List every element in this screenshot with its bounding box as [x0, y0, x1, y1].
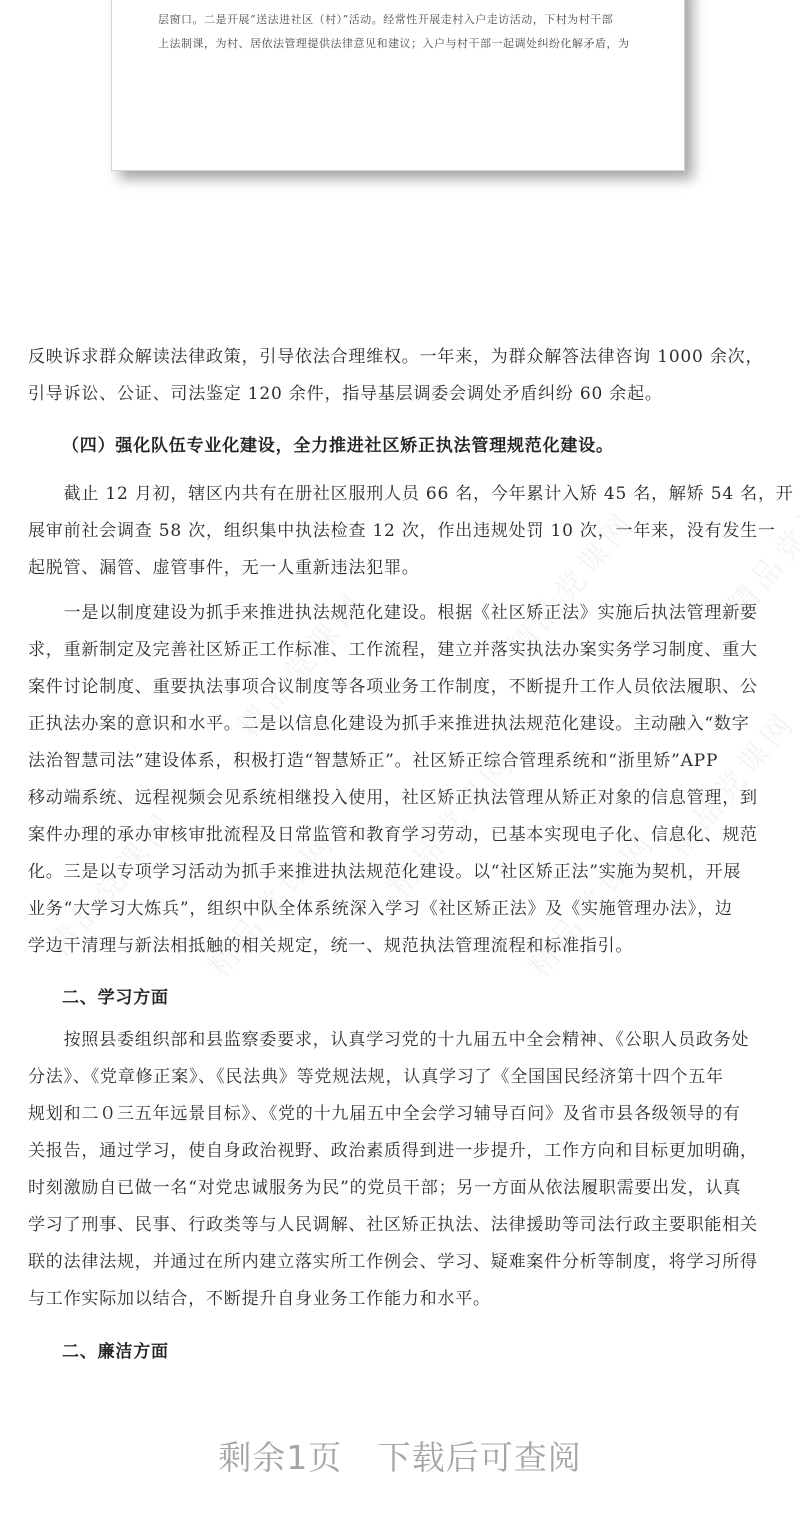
text-line: 业务“大学习大炼兵”，组织中队全体系统深入学习《社区矫正法》及《实施管理办法》，…	[28, 891, 772, 928]
text-line: 分法》、《党章修正案》、《民法典》等党规法规，认真学习了《全国国民经济第十四个五…	[28, 1059, 772, 1096]
text-line: 联的法律法规，并通过在所内建立落实所工作例会、学习、疑难案件分析等制度，将学习所…	[28, 1244, 772, 1281]
text-line: 展审前社会调查 58 次，组织集中执法检查 12 次，作出违规处罚 10 次，一…	[28, 513, 772, 550]
preview-line: 层窗口。二是开展“送法进社区（村）”活动。经常性开展走村入户走访活动，下村为村干…	[158, 8, 648, 32]
paragraph-study: 按照县委组织部和县监察委要求，认真学习党的十九届五中全会精神、《公职人员政务处 …	[28, 1022, 772, 1318]
text-line: 一是以制度建设为抓手来推进执法规范化建设。根据《社区矫正法》实施后执法管理新要	[28, 595, 772, 632]
text-line: 移动端系统、远程视频会见系统相继投入使用，社区矫正执法管理从矫正对象的信息管理，…	[28, 780, 772, 817]
text-line: 法治智慧司法”建设体系，积极打造“智慧矫正”。社区矫正综合管理系统和“浙里矫”A…	[28, 743, 772, 780]
text-line: 时刻激励自已做一名“对党忠诚服务为民”的党员干部；另一方面从依法履职需要出发，认…	[28, 1170, 772, 1207]
text-line: 与工作实际加以结合，不断提升自身业务工作能力和水平。	[28, 1281, 772, 1318]
preview-page-card: 层窗口。二是开展“送法进社区（村）”活动。经常性开展走村入户走访活动，下村为村干…	[111, 0, 685, 171]
text-line: 正执法办案的意识和水平。二是以信息化建设为抓手来推进执法规范化建设。主动融入“数…	[28, 706, 772, 743]
text-line: 关报告，通过学习，使自身政治视野、政治素质得到进一步提升，工作方向和目标更加明确…	[28, 1133, 772, 1170]
section-heading-integrity: 二、廉洁方面	[62, 1337, 169, 1362]
text-line: 反映诉求群众解读法律政策，引导依法合理维权。一年来，为群众解答法律咨询 1000…	[28, 339, 772, 376]
remaining-pages-label: 剩余1页	[218, 1438, 342, 1477]
paragraph-stats: 截止 12 月初，辖区内共有在册社区服刑人员 66 名，今年累计入矫 45 名，…	[28, 476, 772, 587]
text-line: 按照县委组织部和县监察委要求，认真学习党的十九届五中全会精神、《公职人员政务处	[28, 1022, 772, 1059]
text-line: 化。三是以专项学习活动为抓手来推进执法规范化建设。以“社区矫正法”实施为契机，开…	[28, 854, 772, 891]
text-line: 学边干清理与新法相抵触的相关规定，统一、规范执法管理流程和标准指引。	[28, 928, 772, 965]
download-prompt[interactable]: 剩余1页 下载后可查阅	[0, 1432, 800, 1479]
paragraph-continued: 反映诉求群众解读法律政策，引导依法合理维权。一年来，为群众解答法律咨询 1000…	[28, 339, 772, 413]
text-line: 案件讨论制度、重要执法事项合议制度等各项业务工作制度，不断提升工作人员依法履职、…	[28, 669, 772, 706]
text-line: 学习了刑事、民事、行政类等与人民调解、社区矫正执法、法律援助等司法行政主要职能相…	[28, 1207, 772, 1244]
text-line: 案件办理的承办审核审批流程及日常监管和教育学习劳动，已基本实现电子化、信息化、规…	[28, 817, 772, 854]
text-line: 求，重新制定及完善社区矫正工作标准、工作流程，建立并落实执法办案实务学习制度、重…	[28, 632, 772, 669]
preview-page-text: 层窗口。二是开展“送法进社区（村）”活动。经常性开展走村入户走访活动，下村为村干…	[158, 8, 648, 56]
paragraph-measures: 一是以制度建设为抓手来推进执法规范化建设。根据《社区矫正法》实施后执法管理新要 …	[28, 595, 772, 965]
text-line: 截止 12 月初，辖区内共有在册社区服刑人员 66 名，今年累计入矫 45 名，…	[28, 476, 772, 513]
section-heading-4: （四）强化队伍专业化建设，全力推进社区矫正执法管理规范化建设。	[62, 431, 614, 456]
text-line: 规划和二０三五年远景目标》、《党的十九届五中全会学习辅导百问》及省市县各级领导的…	[28, 1096, 772, 1133]
text-line: 起脱管、漏管、虚管事件，无一人重新违法犯罪。	[28, 550, 772, 587]
download-hint-label: 下载后可查阅	[378, 1438, 582, 1477]
text-line: 引导诉讼、公证、司法鉴定 120 余件，指导基层调委会调处矛盾纠纷 60 余起。	[28, 376, 772, 413]
preview-line: 上法制课，为村、居依法管理提供法律意见和建议；入户与村干部一起调处纠纷化解矛盾，…	[158, 32, 648, 56]
section-heading-study: 二、学习方面	[62, 983, 169, 1008]
